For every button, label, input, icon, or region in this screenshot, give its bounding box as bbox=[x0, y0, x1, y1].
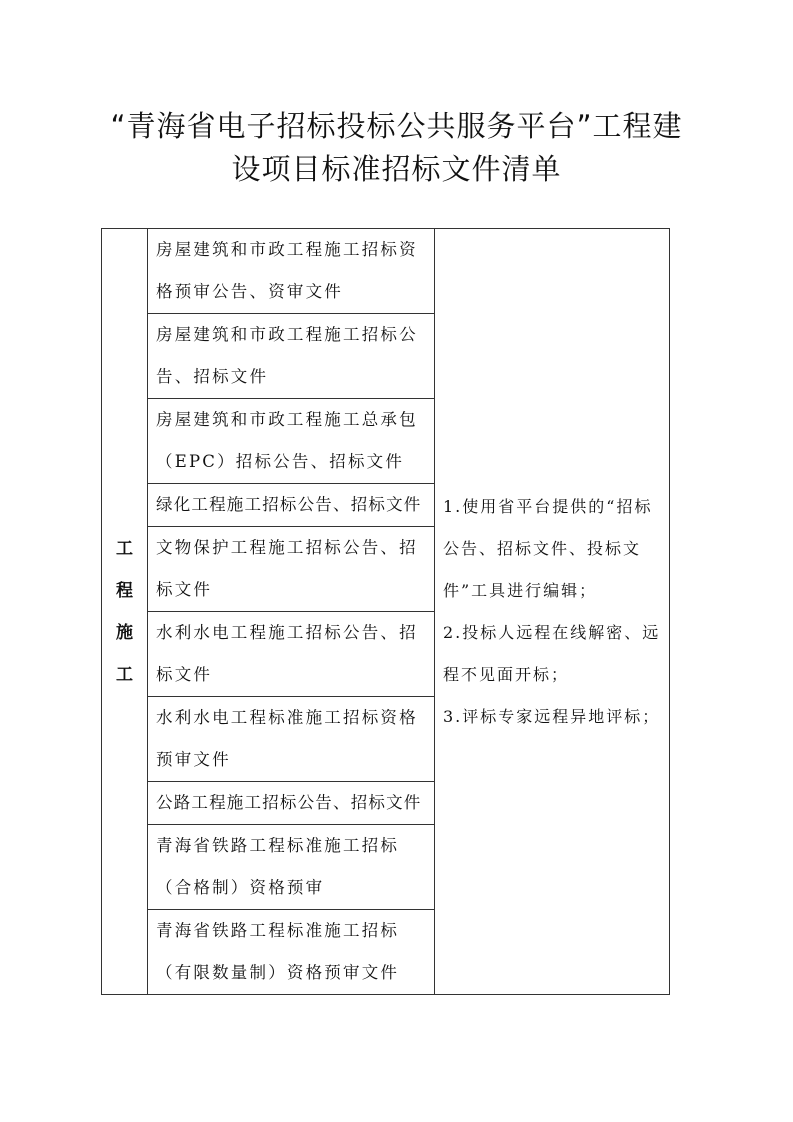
document-item: 水利水电工程标准施工招标资格预审文件 bbox=[148, 697, 435, 782]
table-row: 工 程 施 工 房屋建筑和市政工程施工招标资格预审公告、资审文件 1.使用省平台… bbox=[102, 229, 670, 314]
document-item: 房屋建筑和市政工程施工招标资格预审公告、资审文件 bbox=[148, 229, 435, 314]
note-item: 2.投标人远程在线解密、远程不见面开标； bbox=[443, 612, 663, 696]
category-char: 工 bbox=[102, 654, 147, 696]
document-title-line-2: 设项目标准招标文件清单 bbox=[0, 147, 793, 188]
document-item: 青海省铁路工程标准施工招标（有限数量制）资格预审文件 bbox=[148, 910, 435, 995]
standard-bidding-documents-table: 工 程 施 工 房屋建筑和市政工程施工招标资格预审公告、资审文件 1.使用省平台… bbox=[101, 228, 670, 995]
category-char: 程 bbox=[102, 570, 147, 612]
document-item: 绿化工程施工招标公告、招标文件 bbox=[148, 484, 435, 527]
category-char: 工 bbox=[102, 528, 147, 570]
category-cell: 工 程 施 工 bbox=[102, 229, 148, 995]
document-item: 青海省铁路工程标准施工招标（合格制）资格预审 bbox=[148, 825, 435, 910]
note-item: 3.评标专家远程异地评标； bbox=[443, 696, 663, 738]
notes-cell: 1.使用省平台提供的“招标公告、招标文件、投标文件”工具进行编辑； 2.投标人远… bbox=[435, 229, 670, 995]
document-item: 公路工程施工招标公告、招标文件 bbox=[148, 782, 435, 825]
document-title-line-1: “青海省电子招标投标公共服务平台”工程建 bbox=[0, 104, 793, 145]
document-item: 水利水电工程施工招标公告、招标文件 bbox=[148, 612, 435, 697]
document-item: 房屋建筑和市政工程施工招标公告、招标文件 bbox=[148, 314, 435, 399]
note-item: 1.使用省平台提供的“招标公告、招标文件、投标文件”工具进行编辑； bbox=[443, 486, 663, 612]
category-char: 施 bbox=[102, 612, 147, 654]
document-item: 文物保护工程施工招标公告、招标文件 bbox=[148, 527, 435, 612]
document-item: 房屋建筑和市政工程施工总承包（EPC）招标公告、招标文件 bbox=[148, 399, 435, 484]
